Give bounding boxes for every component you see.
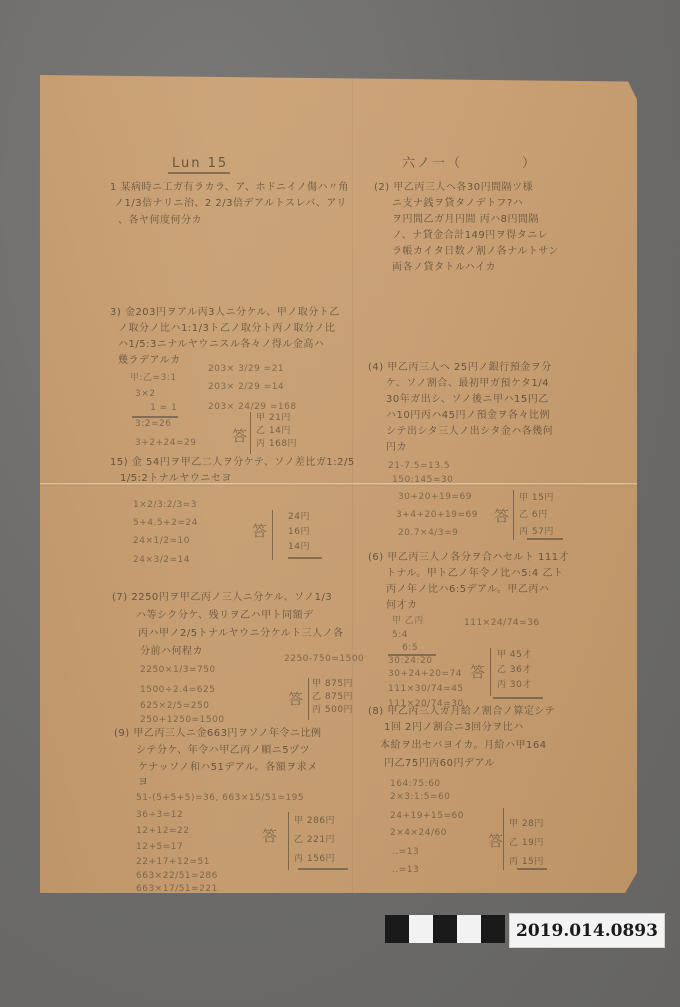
problem-7-line: ハ等シク分ケ、残リヲ乙ハ甲ト同額デ — [136, 608, 314, 624]
problem-4-line: シテ出シタ三人ノ出シタ金ハ各幾何 — [386, 424, 553, 440]
problem-2-line: ラ帳カイタ日数ノ割ノ各ナルトサン — [392, 244, 559, 260]
answer-bracket — [503, 808, 504, 870]
answer-mark-icon: 答 — [252, 520, 267, 541]
answer-mark-icon: 答 — [488, 830, 503, 851]
problem-4-answer: 甲 15円 乙 6円 丙 57円 — [519, 490, 554, 541]
answer-mark-icon: 答 — [232, 425, 247, 446]
problem-8-work: 24+19+15=60 — [390, 809, 464, 824]
problem-7-work: 2250×1/3=750 — [140, 663, 216, 678]
problem-3-work: 3+2+24=29 — [135, 436, 196, 451]
problem-4-work: 150:145=30 — [392, 473, 453, 488]
answer-underline — [288, 557, 322, 559]
problem-3-work: 甲:乙=3:1 — [130, 371, 177, 386]
problem-2-line: ニ支ナ銭ヲ貸タノデトフ?ハ — [392, 196, 523, 212]
problem-3-work: 3×2 — [135, 387, 156, 402]
problem-5-line: 1/5:2トナルヤウニセヨ — [120, 471, 232, 487]
answer-underline — [517, 868, 547, 870]
problem-3-work: 3:2=26 — [135, 417, 171, 432]
problem-9-line: (9) 甲乙丙三人ニ金663円ヲソノ年令ニ比例 — [114, 726, 322, 742]
problem-4-line: ケ、ソノ割合、最初甲ガ預ケタ1/4 — [386, 376, 549, 392]
problem-9-line: ヨ — [138, 775, 149, 791]
problem-7-line: 分前ハ何程カ — [140, 644, 203, 660]
answer-bracket — [288, 812, 289, 870]
problem-1-line: 1 某病時ニ工ガ有ラカラ、ア、ホドニイノ傷ハ〃角 — [110, 180, 349, 196]
problem-4-work: 30+20+19=69 — [398, 490, 472, 505]
problem-8-line: 円乙75円丙60円デアル — [384, 756, 495, 772]
answer-underline — [493, 697, 543, 699]
problem-3-work: 203× 2/29 =14 — [208, 380, 284, 395]
problem-9-work: 663×17/51=221 — [136, 882, 218, 897]
answer-mark-icon: 答 — [288, 688, 303, 709]
problem-8-work: 2×4×24/60 — [390, 826, 447, 841]
problem-6-answer: 甲 45才 乙 36才 丙 30才 — [497, 648, 532, 693]
problem-6-line: トナル。甲ト乙ノ年令ノ比ハ5:4 乙ト — [386, 566, 563, 582]
problem-9-work: 51-(5+5+5)=36, 663×15/51=195 — [136, 791, 304, 806]
problem-8-work: 2×3:1:5=60 — [390, 790, 451, 805]
problem-8-line: 1回 2円ノ割合ニ3回分ヲ比ハ — [384, 720, 524, 736]
problem-7-work: 1500÷2.4=625 — [140, 683, 215, 698]
problem-4-line: ハ10円丙ハ45円ノ預金ヲ各々比例 — [386, 408, 550, 424]
answer-bracket — [490, 648, 491, 696]
problem-7-answer: 甲 875円 乙 875円 丙 500円 — [312, 678, 353, 717]
problem-6-work: 甲 乙丙 — [392, 614, 424, 629]
problem-9-line: シテ分ケ、年令ハ甲乙丙ノ順ニ5ヅツ — [136, 743, 310, 759]
answer-mark-icon: 答 — [262, 825, 277, 846]
answer-mark-icon: 答 — [494, 505, 509, 526]
answer-bracket — [272, 510, 273, 560]
problem-3-line: ノ取分ノ比ハ1:1/3ト乙ノ取分ト丙ノ取分ノ比 — [118, 321, 335, 337]
problem-5-work: 24×3/2=14 — [133, 553, 190, 568]
problem-8-work: ..=13 — [392, 845, 419, 860]
problem-9-work: 22+17+12=51 — [136, 855, 210, 870]
problem-9-answer: 甲 286円 乙 221円 丙 156円 — [294, 812, 335, 869]
problem-8-answer: 甲 28円 乙 19円 丙 15円 — [509, 815, 544, 872]
problem-3-line: ハ1/5:3ニナルヤウニスル各々ノ得ル金高ハ — [118, 337, 324, 353]
answer-mark-icon: 答 — [470, 661, 485, 682]
problem-2-line: (2) 甲乙丙三人ヘ各30円間隔ツ様 — [374, 180, 533, 196]
problem-2-line: ヲ円間乙ガ月円間 丙ハ8円間隔 — [392, 212, 539, 228]
catalog-number: 2019.014.0893 — [509, 913, 665, 948]
problem-3-work: 203× 3/29 =21 — [208, 362, 284, 377]
answer-bracket — [308, 678, 309, 720]
header-left-mark: Lun 15 — [172, 156, 228, 172]
problem-5-work: 5+4.5+2=24 — [133, 516, 198, 531]
answer-underline — [527, 538, 563, 540]
problem-6-work: 30+24+20=74 — [388, 667, 462, 682]
problem-7-line: (7) 2250円ヲ甲乙丙ノ三人ニ分ケル、ソノ1/3 — [112, 590, 332, 606]
problem-4-work: 20.7×4/3=9 — [398, 526, 458, 541]
problem-6-work: 111×30/74=45 — [388, 682, 464, 697]
problem-7-work: 2250-750=1500 — [284, 652, 364, 667]
problem-4-line: (4) 甲乙丙三人ヘ 25円ノ銀行預金ヲ分 — [368, 360, 552, 376]
problem-9-work: 36÷3=12 — [136, 808, 183, 823]
problem-4-work: 3+4+20+19=69 — [396, 508, 478, 523]
problem-6-line: 何才カ — [386, 598, 418, 614]
problem-8-line: 本給ヲ出セバヨイカ。月給ハ甲164 — [380, 738, 547, 754]
catalog-label-group: 2019.014.0893 — [385, 913, 665, 946]
problem-5-answer: 24円 16円 14円 — [288, 510, 310, 555]
problem-9-work: 12+5=17 — [136, 840, 183, 855]
problem-8-line: (8) 甲乙丙三人ガ月給ノ割合ノ算定シテ — [368, 704, 555, 720]
problem-7-line: 丙ハ甲ノ2/5トナルヤウニ分ケルト三人ノ各 — [138, 626, 344, 642]
problem-3-line: 幾ラデアルカ — [118, 353, 181, 369]
problem-5-work: 24×1/2=10 — [133, 534, 190, 549]
problem-5-line: 15) 金 54円ヲ甲乙二人ヲ分ケテ、ソノ差比ガ1:2/5 — [110, 455, 355, 471]
problem-9-line: ケナッソノ和ハ51デアル。各額ヲ求メ — [138, 760, 318, 776]
problem-6-work: 111×24/74=36 — [464, 616, 540, 631]
problem-9-work: 12+12=22 — [136, 824, 189, 839]
problem-4-work: 21-7.5=13.5 — [388, 459, 450, 474]
color-scale-bar — [385, 913, 505, 946]
problem-1-line: ノ1/3倍ナリニ治、2 2/3倍デアルトスレバ、アリ — [114, 196, 347, 212]
problem-3-line: 3) 金203円ヲアル丙3人ニ分ケル、甲ノ取分ト乙 — [110, 305, 340, 321]
answer-bracket — [250, 412, 251, 454]
answer-underline — [298, 868, 348, 870]
problem-7-work: 625×2/5=250 — [140, 699, 209, 714]
problem-3-work: 1 = 1 — [140, 401, 177, 416]
problem-5-work: 1×2/3:2/3=3 — [133, 498, 197, 513]
header-underline — [168, 172, 230, 174]
problem-6-line: (6) 甲乙丙三人ノ各分ヲ合ハセルト 111才 — [368, 550, 569, 566]
problem-6-line: 丙ノ年ノ比ハ6:5デアル。甲乙丙ハ — [386, 582, 549, 598]
problem-4-line: 30年ガ出シ、ソノ後ニ甲ハ15円乙 — [386, 392, 549, 408]
answer-bracket — [513, 490, 514, 540]
problem-3-answer: 甲 21円 乙 14円 丙 168円 — [256, 412, 297, 451]
problem-2-line: ノ、ナ貸金合計149円ヲ得タニレ — [392, 228, 548, 244]
problem-1-line: 、各ヤ何度何分カ — [118, 213, 202, 229]
problem-4-line: 円カ — [386, 440, 407, 456]
problem-2-line: 両各ノ貸タトルハイカ — [392, 260, 496, 276]
header-title: 六ノ一（ ） — [402, 156, 537, 172]
problem-8-work: ..=13 — [392, 863, 419, 878]
